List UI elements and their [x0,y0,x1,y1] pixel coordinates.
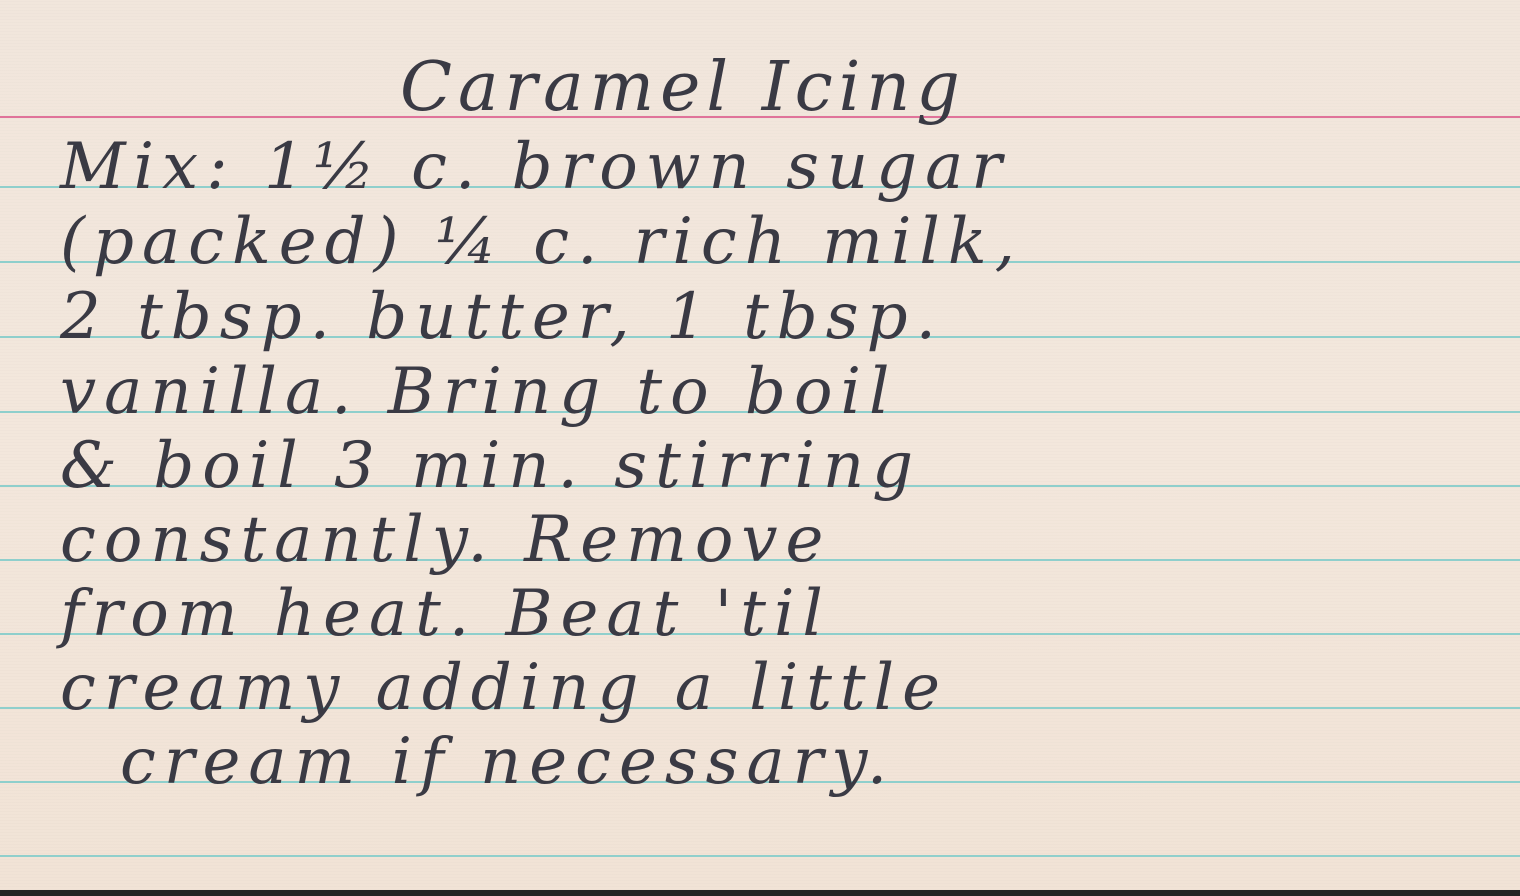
recipe-line-3: 2 tbsp. butter, 1 tbsp. [60,280,944,354]
recipe-line-5: & boil 3 min. stirring [60,429,921,503]
ruled-line [0,855,1520,857]
recipe-card: Caramel Icing Mix: 1½ c. brown sugar (pa… [0,0,1520,890]
recipe-line-4: vanilla. Bring to boil [60,355,897,429]
recipe-line-8: creamy adding a little [60,651,948,725]
recipe-line-9: cream if necessary. [120,725,895,799]
scan-edge [0,890,1520,896]
recipe-line-7: from heat. Beat 'til [60,577,831,651]
recipe-line-1: Mix: 1½ c. brown sugar [60,130,1010,204]
recipe-title: Caramel Icing [400,48,966,127]
recipe-line-2: (packed) ¼ c. rich milk, [60,205,1023,279]
recipe-line-6: constantly. Remove [60,503,831,577]
